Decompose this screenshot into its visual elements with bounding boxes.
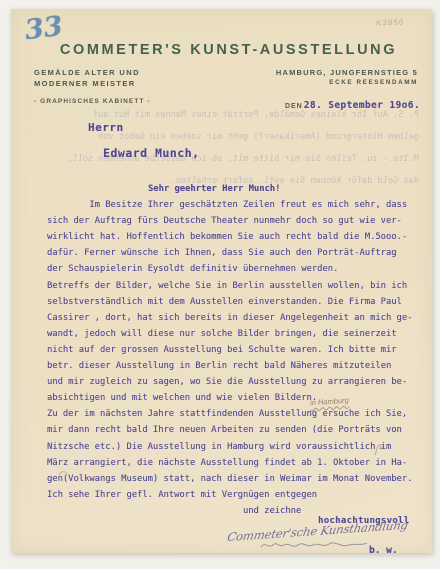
- letterhead-address-line1: HAMBURG, JUNGFERNSTIEG 5: [276, 68, 418, 78]
- body-line: März arrangiert, die nächste Ausstellung…: [47, 455, 425, 471]
- letter-body: Sehr geehrter Herr Munch! Im Besitze Ihr…: [47, 181, 425, 519]
- body-line: mir dann recht bald Ihre neuen Arbeiten …: [47, 422, 425, 438]
- recipient-block: Herrn Edward Munch,: [88, 121, 200, 160]
- body-line: Nitzsche etc.) Die Ausstellung in Hambur…: [47, 439, 425, 455]
- recipient-name: Edward Munch,: [103, 146, 200, 160]
- bleedthrough-line: M.1te.- zu. Teilen Sie mir bitte mit, ob…: [23, 148, 419, 170]
- body-line: Cassirer , dort, hat sich bereits in die…: [47, 310, 425, 326]
- bleedthrough-line: P. S. Auf Ihr kleines Gemälde, Porträt e…: [23, 104, 419, 126]
- body-line: Betreffs der Bilder, welche Sie in Berli…: [47, 278, 425, 294]
- letterhead-left-line1: GEMÄLDE ALTER UND: [34, 68, 151, 79]
- letterhead-title: COMMETER'S KUNST-AUSSTELLUNG: [11, 42, 432, 58]
- body-line: gen(Volkwangs Museum) statt, nach dieser…: [47, 471, 425, 487]
- letter-paper: 33 K3856 COMMETER'S KUNST-AUSSTELLUNG GE…: [11, 9, 432, 553]
- pencil-tick-volkwangs: [58, 470, 68, 477]
- body-line: dafür. Ferner wünsche ich Ihnen, dass Si…: [47, 245, 425, 261]
- letterhead-left-block: GEMÄLDE ALTER UND MODERNER MEISTER - GRA…: [34, 68, 151, 108]
- greeting: Sehr geehrter Herr Munch!: [47, 181, 425, 197]
- signature-flourish: [259, 538, 369, 552]
- letterhead-address-line2: ECKE REESENDAMM: [276, 78, 418, 88]
- body-lines: Im Besitze Ihrer geschätzten Zeilen freu…: [47, 197, 425, 519]
- body-line: absichtigen und mit welchen und wie viel…: [47, 390, 425, 406]
- body-line: selbstverständlich mit dem Ausstellen ei…: [47, 294, 425, 310]
- body-line: nicht auf der grossen Ausstellung bei Sc…: [47, 342, 425, 358]
- body-line: wirklicht hat. Hoffentlich bekommen Sie …: [47, 229, 425, 245]
- catalog-code-pencil: K3856: [376, 18, 404, 28]
- body-line: wandt, jedoch will diese nur solche Bild…: [47, 326, 425, 342]
- bleedthrough-text: P. S. Auf Ihr kleines Gemälde, Porträt e…: [23, 104, 419, 192]
- body-line: Zu der im nächsten Jahre stattfindenden …: [47, 406, 425, 422]
- letterhead-address-block: HAMBURG, JUNGFERNSTIEG 5 ECKE REESENDAMM: [276, 68, 418, 88]
- scan-background: { "annotations": { "corner_number": "33"…: [0, 0, 440, 569]
- body-line: sich der Auftrag fürs Deutsche Theater n…: [47, 213, 425, 229]
- body-line: Ich sehe Ihrer gefl. Antwort mit Vergnüg…: [47, 487, 425, 503]
- body-line: betr. dieser Ausstellung in Berlin recht…: [47, 358, 425, 374]
- bitte-wenden-note: b. w.: [369, 545, 398, 556]
- pencil-scribble-oktober: [373, 443, 385, 457]
- letterhead-left-line2: MODERNER MEISTER: [34, 79, 151, 90]
- handwritten-corner-number: 33: [23, 11, 64, 46]
- bleedthrough-line: gelbem Hintergrund (Amerikaner?) geht mi…: [23, 126, 419, 148]
- body-line: der Schauspielerin Eysoldt definitiv übe…: [47, 261, 425, 277]
- body-line: Im Besitze Ihrer geschätzten Zeilen freu…: [47, 197, 425, 213]
- body-line: und mir zugleich zu sagen, wo Sie die Au…: [47, 374, 425, 390]
- recipient-salutation: Herrn: [88, 121, 200, 134]
